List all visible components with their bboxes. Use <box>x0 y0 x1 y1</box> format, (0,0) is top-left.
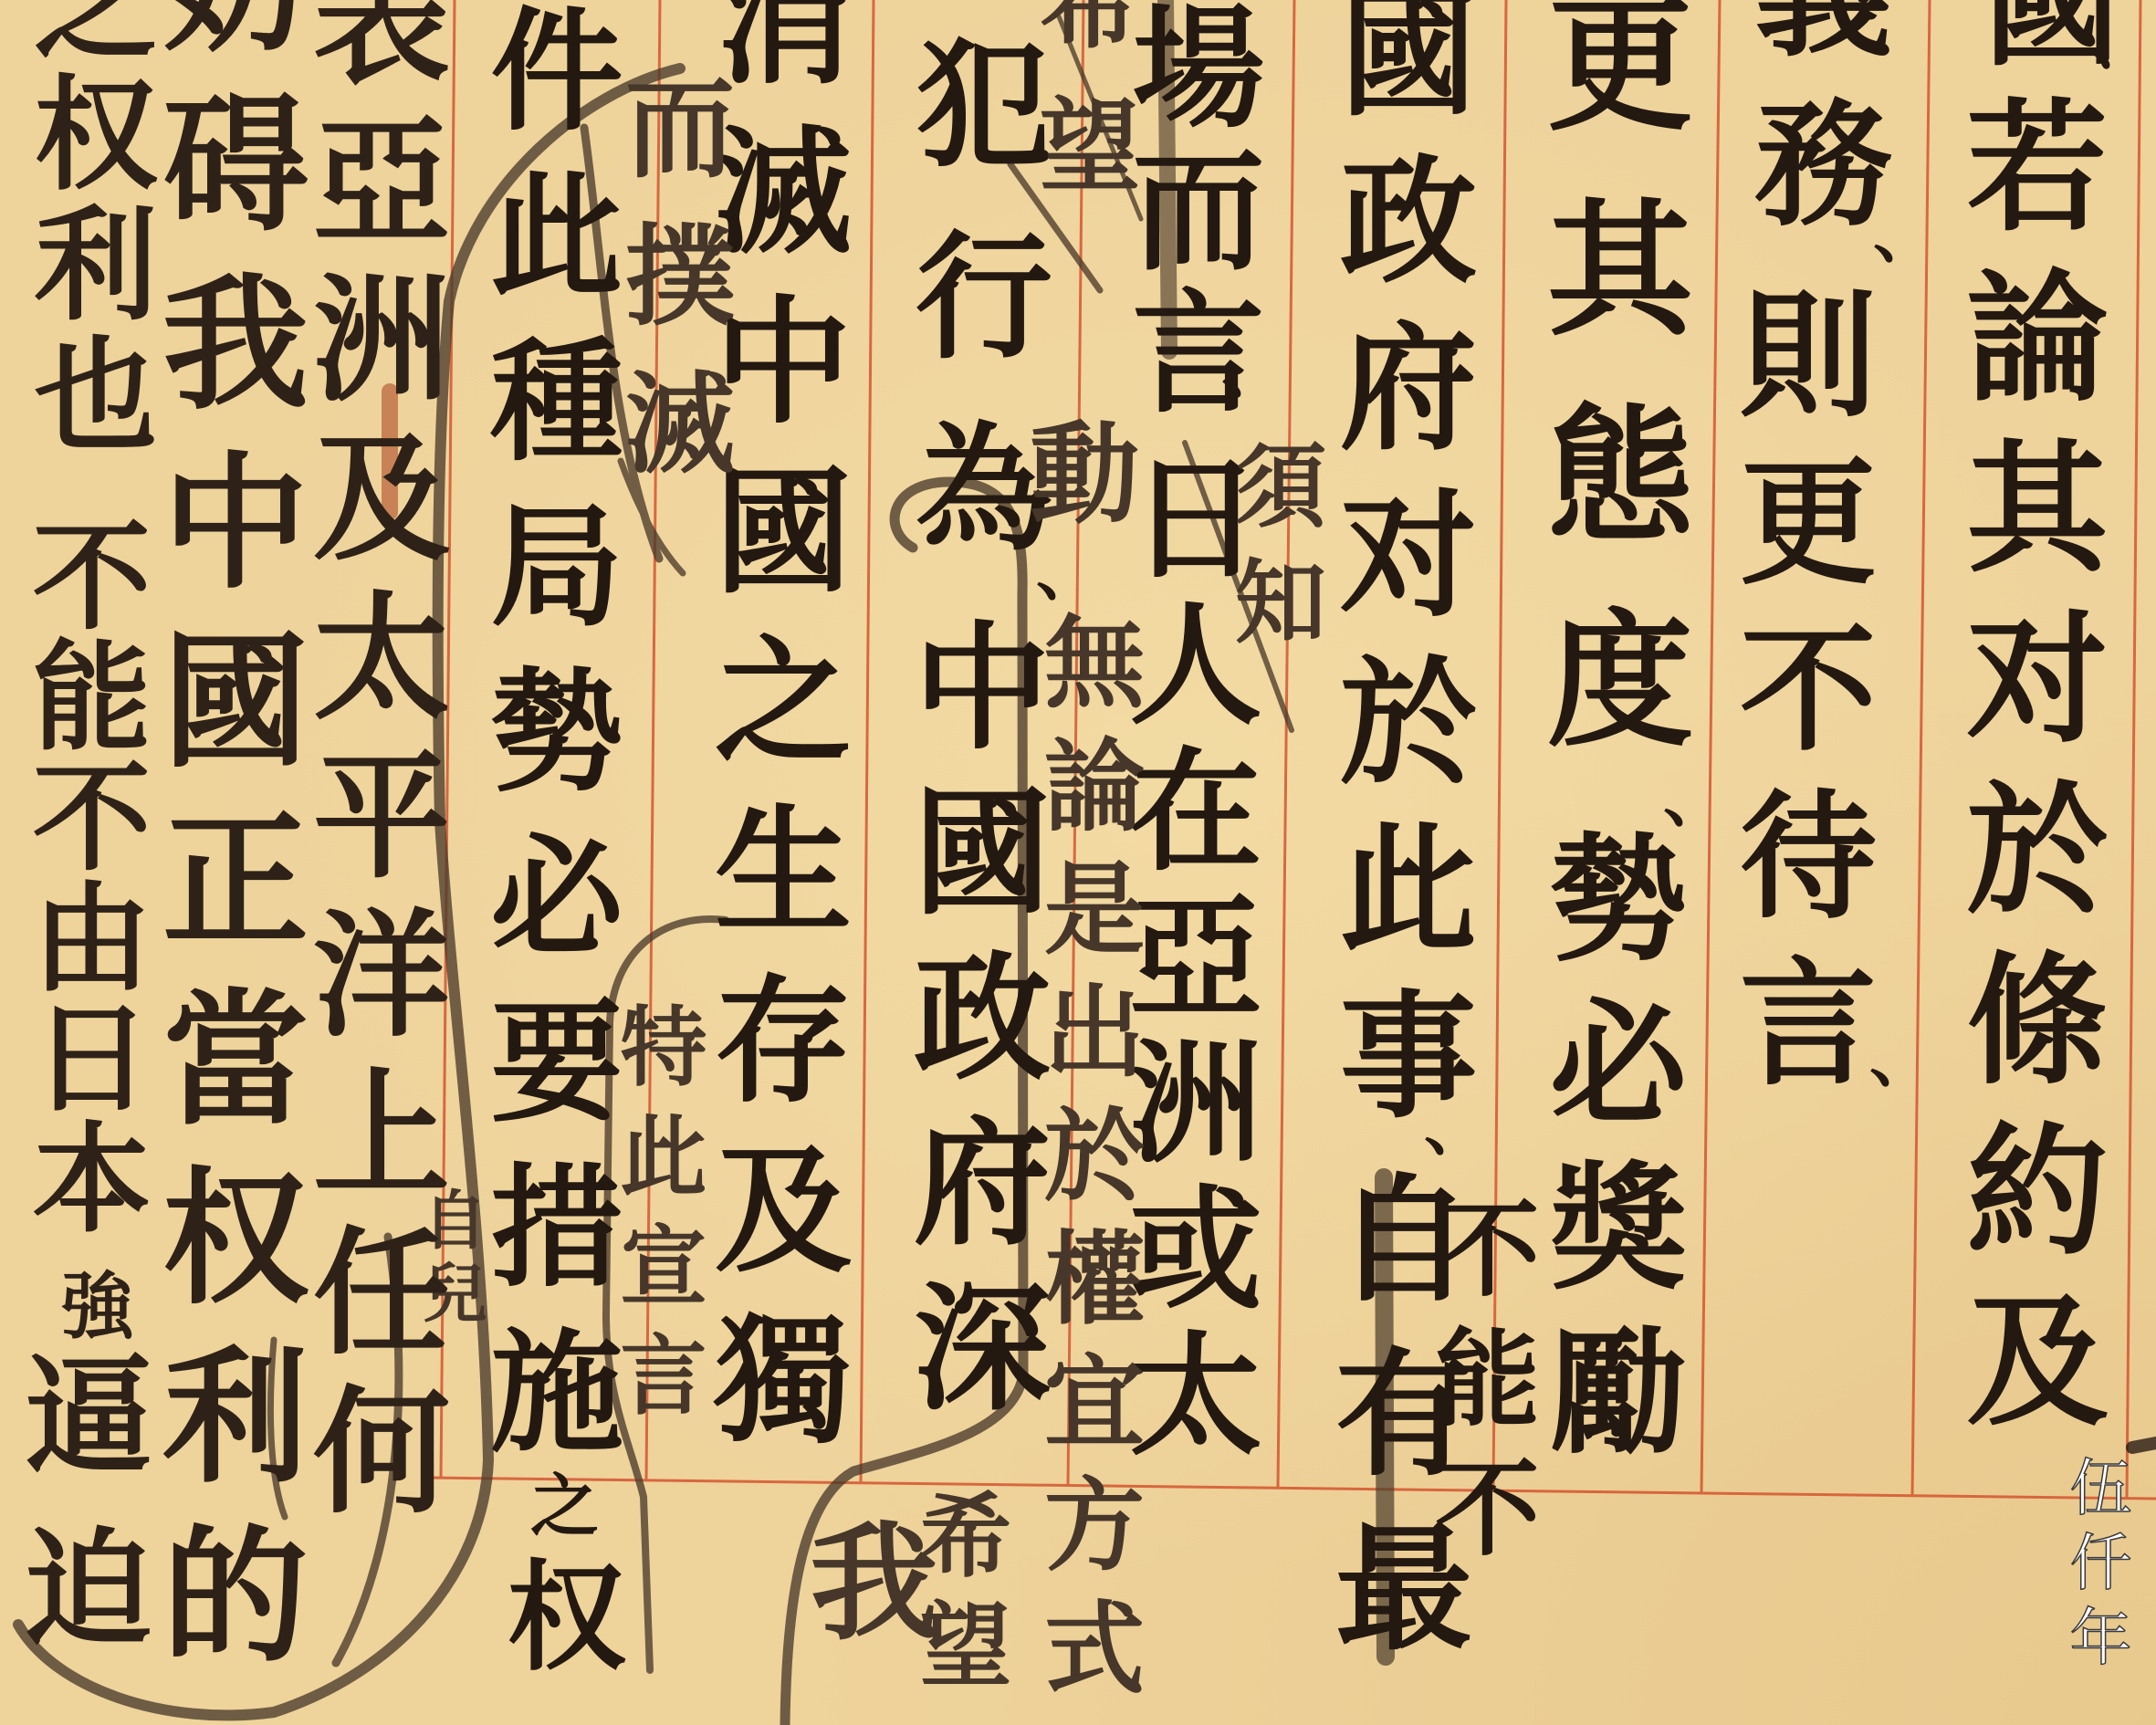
annotation-column-g-1: 而撲滅 <box>616 70 726 514</box>
margin-column-3-segment-4: 逼迫 <box>14 1348 141 1695</box>
column-h-segment-2: 之 <box>525 1469 593 1538</box>
watermark: 伍仟年 <box>2064 1455 2126 1679</box>
column-h-segment-3: 权 <box>497 1554 616 1673</box>
annotation-top-insert: 希望 <box>1031 0 1132 236</box>
column-b-segment-2: 則更不待言 <box>1728 283 1865 1118</box>
column-e-insertion: 須知 <box>1228 438 1319 670</box>
column-c-segment-1: 更其態度 <box>1535 0 1681 809</box>
column-d-insertion: 不能不 <box>1426 1194 1531 1583</box>
annotation-insert-body: 無論是出於權宜方式 <box>1036 610 1136 1719</box>
margin-column-3-segment-1: 之权利也 <box>25 0 148 461</box>
column-c-comma: 、 <box>1663 767 1727 831</box>
margin-column-3-segment-2: 不能不由日本 <box>23 514 141 1237</box>
edge-ink-stroke <box>2132 1443 2156 1448</box>
annot-below-rule-2: 我 <box>800 1515 927 1643</box>
annotation-insert-start: 動 <box>1020 416 1130 526</box>
column-b-comma-2: 、 <box>1869 1027 1933 1091</box>
annotation-circled-declaration: 特此宣言 <box>613 1001 700 1439</box>
margin-column-3-segment-3: 強 <box>55 1268 128 1341</box>
column-b-comma-1: 、 <box>1873 203 1937 267</box>
column-a-segment-1: 國 <box>1972 0 2109 68</box>
column-c-segment-2: 勢必獎勵 <box>1538 827 1675 1484</box>
column-e-comma: 、 <box>1221 338 1285 402</box>
column-d-segment-1: 國政府对於此事 <box>1328 0 1465 1151</box>
margin-column-2: 妨碍我中國正當权利的 <box>151 0 297 1698</box>
column-f-segment-2: 中國政府深 <box>902 615 1039 1441</box>
column-h-segment-1: 件此種局勢必要措施 <box>479 1 612 1488</box>
manuscript-page: 國 、 若論其对於條約及 義務 、 則更不待言 、 更其態度 、 勢必獎勵 國政… <box>0 0 2156 1725</box>
column-d-comma: 、 <box>1424 1095 1488 1159</box>
column-a-comma: 、 <box>2090 9 2154 73</box>
column-a-segment-2: 若論其对於條約及 <box>1956 92 2098 1458</box>
column-b-segment-1: 義務 <box>1743 0 1880 262</box>
column-f-comma: 、 <box>1036 540 1100 604</box>
margin-column-1: 表亞洲及太平洋上任何 <box>301 0 438 1538</box>
